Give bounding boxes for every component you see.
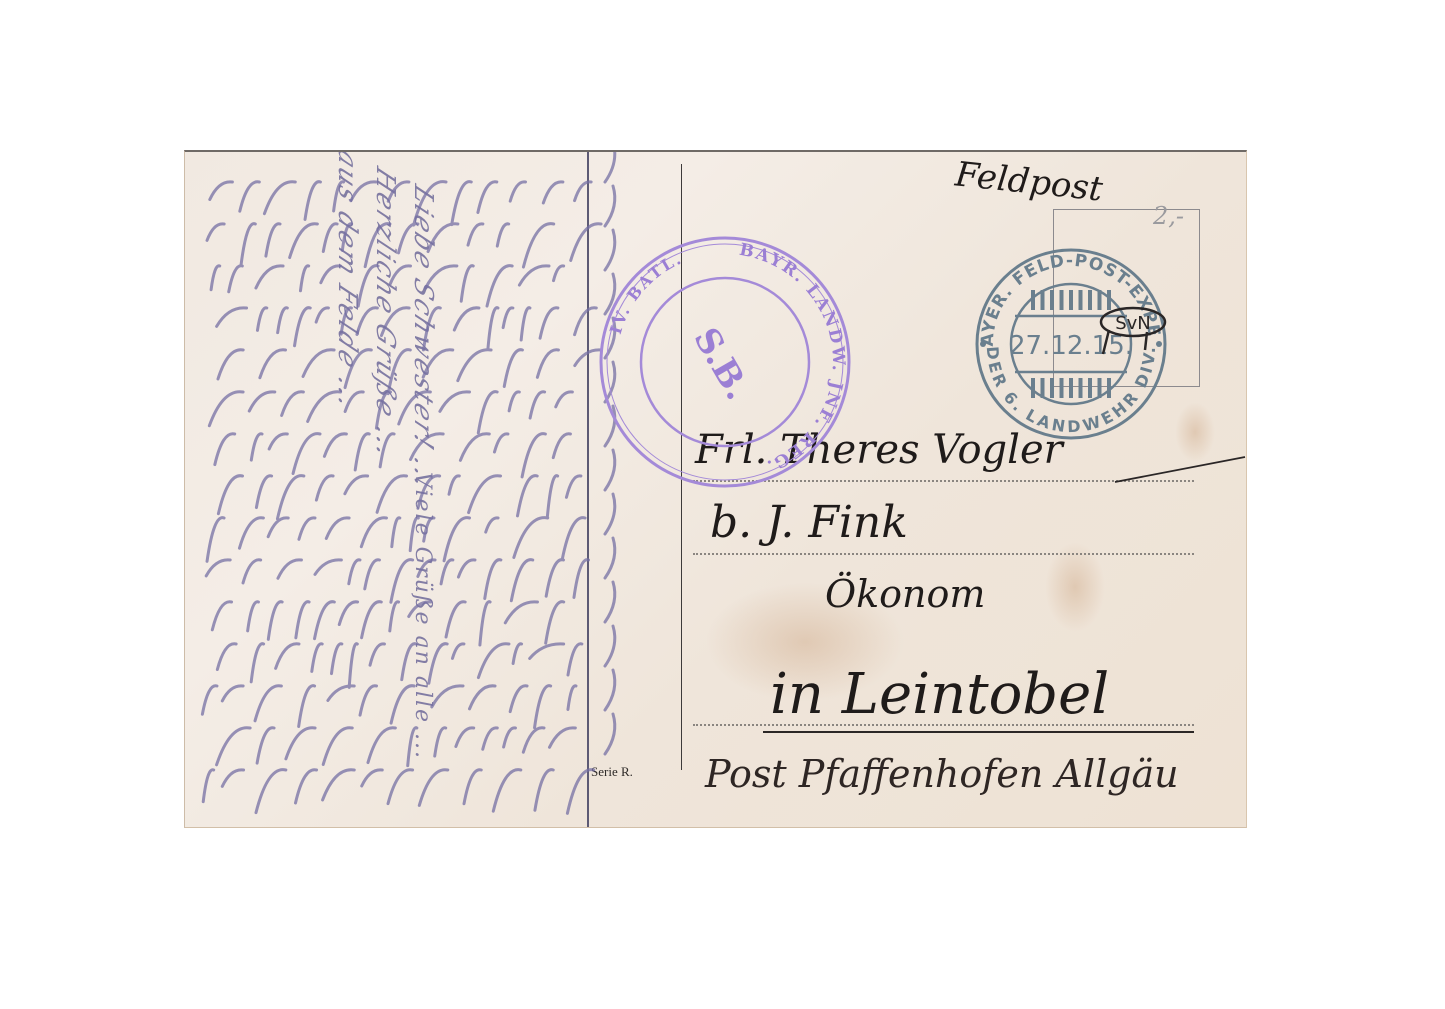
pen-strokes [185,152,1248,830]
postcard: Serie R. Feldpost Frl. Theres Vogler b. … [184,150,1247,828]
